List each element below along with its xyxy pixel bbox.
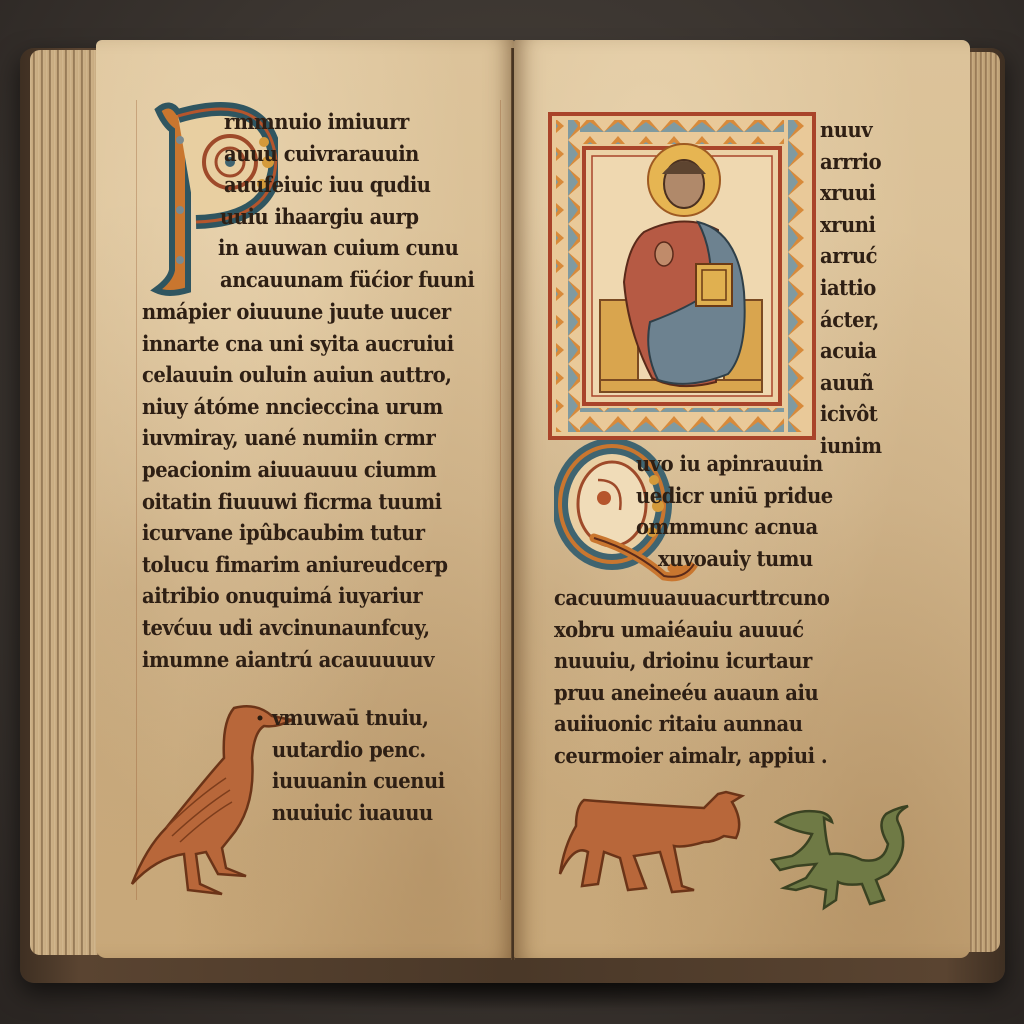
text-line: aitribio onuquimá iuyariur	[142, 580, 454, 612]
text-line: xuvoauiy tumu	[658, 543, 834, 575]
text-line: auuu cuivrarauuin	[224, 138, 475, 170]
dragon-illustration	[766, 804, 916, 914]
left-page: rmmnuio imiuurr auuu cuivrarauuin auufei…	[96, 40, 514, 958]
text-line: pruu aneineéu auaun aiu	[554, 677, 829, 709]
text-line: oitatin fiuuuwi ficrma tuumi	[142, 486, 454, 518]
text-line: rmmnuio imiuurr	[224, 106, 475, 138]
text-line: tolucu fimarim aniureudcerp	[142, 549, 454, 581]
text-line: uvo iu apinrauuin	[636, 448, 833, 480]
text-line: niuy átóme nncieccina urum	[142, 391, 454, 423]
text-line: auufeiuic iuu qudiu	[224, 169, 475, 201]
text-line: ommmunc acnua	[636, 511, 833, 543]
text-line: innarte cna uni syita aucruiui	[142, 328, 454, 360]
text-beside-bird: vmuwaū tnuiu, uutardio penc. iuuuanin cu…	[272, 702, 458, 828]
main-text-left: nmápier oiuuune juute uucer innarte cna …	[142, 296, 477, 675]
text-line: nuuuiu, drioinu icurtaur	[554, 645, 829, 677]
evangelist-miniature	[548, 112, 816, 440]
text-line: peacionim aiuuauuu ciumm	[142, 454, 454, 486]
text-line: celauuin ouluin auiun auttro,	[142, 359, 454, 391]
text-line: uedicr uniū pridue	[636, 480, 833, 512]
text-line: vmuwaū tnuiu,	[272, 702, 445, 734]
open-manuscript: rmmnuio imiuurr auuu cuivrarauuin auufei…	[18, 38, 1008, 983]
initial-q-adjacent-text: uvo iu apinrauuin uedicr uniū pridue omm…	[636, 448, 848, 574]
text-line: acuia	[820, 335, 882, 367]
text-line: iuvmiray, uané numiin crmr	[142, 422, 454, 454]
ox-illustration	[554, 786, 754, 896]
initial-adjacent-text: rmmnuio imiuurr auuu cuivrarauuin auufei…	[224, 106, 493, 296]
text-line: arrrio	[820, 146, 882, 178]
right-page: nuuv arrrio xruui xruni arruć iattio áct…	[514, 40, 970, 958]
bird-illustration	[126, 698, 296, 898]
text-line: arruć	[820, 240, 882, 272]
text-line: auuñ	[820, 367, 882, 399]
text-line: icivôt	[820, 398, 882, 430]
text-line: imumne aiantrú acauuuuuv	[142, 644, 454, 676]
text-line: ceurmoier aimalr, appiui .	[554, 740, 829, 772]
text-line: ácter,	[820, 304, 882, 336]
text-line: tevćuu udi avcinunaunfcuy,	[142, 612, 454, 644]
text-line: nuuiuic iuauuu	[272, 797, 445, 829]
text-line: icurvane ipûbcaubim tutur	[142, 517, 454, 549]
text-line: iuuuanin cuenui	[272, 765, 445, 797]
text-line: uuiu ihaargiu aurp	[220, 201, 474, 233]
text-line: in auuwan cuium cunu	[218, 232, 474, 264]
text-line: nuuv	[820, 114, 882, 146]
text-line: auiiuonic ritaiu aunnau	[554, 708, 829, 740]
miniature-side-column: nuuv arrrio xruui xruni arruć iattio áct…	[820, 114, 886, 462]
text-line: xruui	[820, 177, 882, 209]
text-line: ancauunam füćior fuuni	[220, 264, 474, 296]
text-line: xobru umaiéauiu auuuć	[554, 614, 829, 646]
main-text-right: cacuumuuauuacurttrcuno xobru umaiéauiu a…	[554, 582, 850, 772]
text-line: nmápier oiuuune juute uucer	[142, 296, 454, 328]
text-line: xruni	[820, 209, 882, 241]
text-line: uutardio penc.	[272, 734, 445, 766]
ruling-line	[500, 100, 501, 900]
left-page-edges	[30, 50, 100, 955]
text-line: iattio	[820, 272, 882, 304]
text-line: cacuumuuauuacurttrcuno	[554, 582, 829, 614]
